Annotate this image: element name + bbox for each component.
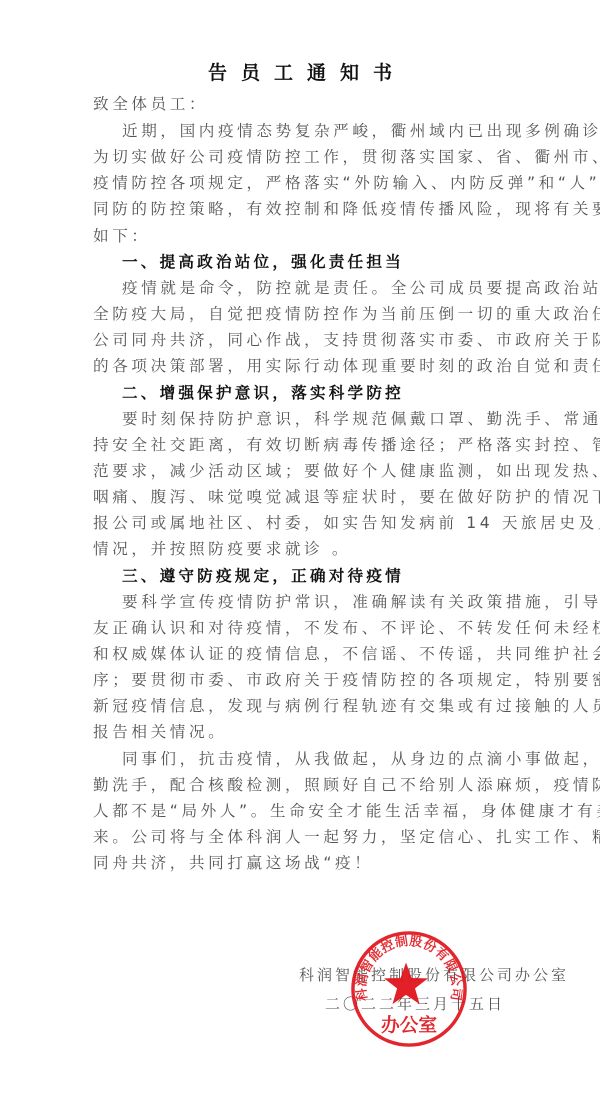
seal-center-text: 办公室: [381, 1014, 437, 1036]
section-heading: 一、提高政治站位，强化责任担当: [122, 251, 542, 273]
paragraph-line: 疫情就是命令，防控就是责任。全公司成员要提高政治站位，顾: [122, 277, 542, 299]
section-heading: 二、增强保护意识，落实科学防控: [122, 382, 542, 404]
paragraph-line: 要科学宣传疫情防护常识，准确解读有关政策措施，引导身边亲: [122, 591, 542, 613]
paragraph-line: 要时刻保持防护意识，科学规范佩戴口罩、勤洗手、常通风、保: [122, 408, 542, 430]
paragraph-line: 为切实做好公司疫情防控工作，贯彻落实国家、省、衢州市、江山市: [93, 146, 513, 168]
paragraph-line: 勤洗手，配合核酸检测，照顾好自己不给别人添麻烦，疫情防控每个: [93, 774, 513, 796]
paragraph-line: 如下：: [93, 225, 513, 247]
paragraph-line: 全防疫大局，自觉把疫情防控作为当前压倒一切的重大政治任务，与: [93, 303, 513, 325]
salutation: 致全体员工：: [93, 93, 513, 115]
paragraph-line: 同事们，抗击疫情，从我做起，从身边的点滴小事做起，戴口罩: [122, 748, 542, 770]
paragraph-line: 近期，国内疫情态势复杂严峻，衢州域内已出现多例确诊病例。: [122, 120, 542, 142]
paragraph-line: 人都不是“局外人”。生命安全才能生活幸福，身体健康才有美好未: [93, 800, 513, 822]
paragraph-line: 来。公司将与全体科润人一起努力，坚定信心、扎实工作、精准施策、: [93, 826, 513, 848]
star-icon: [384, 962, 428, 1004]
paragraph-line: 报告相关情况。: [93, 721, 513, 743]
section-heading: 三、遵守防疫规定，正确对待疫情: [122, 565, 542, 587]
paragraph-line: 友正确认识和对待疫情，不发布、不评论、不转发任何未经权威机构: [93, 617, 513, 639]
paragraph-line: 报公司或属地社区、村委，如实告知发病前 14 天旅居史及人员接触: [93, 512, 513, 534]
document-title: 告员工通知书: [0, 58, 600, 85]
paragraph-line: 同舟共济，共同打赢这场战“疫！: [93, 852, 513, 874]
paragraph-line: 情况，并按照防疫要求就诊 。: [93, 538, 513, 560]
paragraph-line: 的各项决策部署，用实际行动体现重要时刻的政治自觉和责任担当。: [93, 355, 513, 377]
paragraph-line: 新冠疫情信息，发现与病例行程轨迹有交集或有过接触的人员须如实: [93, 695, 513, 717]
paragraph-line: 同防的防控策略，有效控制和降低疫情传播风险，现将有关要求通知: [93, 198, 513, 220]
paragraph-line: 公司同舟共济，同心作战，支持贯彻落实市委、市政府关于防疫工作: [93, 329, 513, 351]
paragraph-line: 序；要贯彻市委、市政府关于疫情防控的各项规定，特别要密切关注: [93, 669, 513, 691]
paragraph-line: 持安全社交距离，有效切断病毒传播途径；严格落实封控、管控、防: [93, 434, 513, 456]
paragraph-line: 咽痛、腹泻、味觉嗅觉减退等症状时，要在做好防护的情况下及时上: [93, 486, 513, 508]
paragraph-line: 范要求，减少活动区域；要做好个人健康监测，如出现发热、咳嗽、: [93, 460, 513, 482]
paragraph-line: 和权威媒体认证的疫情信息，不信谣、不传谣，共同维护社会公共秩: [93, 643, 513, 665]
official-seal: 科润智能控制股份有限公司 办公室: [350, 930, 468, 1048]
paragraph-line: 疫情防控各项规定，严格落实“外防输入、内防反弹”和“人”“物”: [93, 172, 513, 194]
notice-page: 告员工通知书 致全体员工： 近期，国内疫情态势复杂严峻，衢州域内已出现多例确诊病…: [0, 0, 600, 1107]
